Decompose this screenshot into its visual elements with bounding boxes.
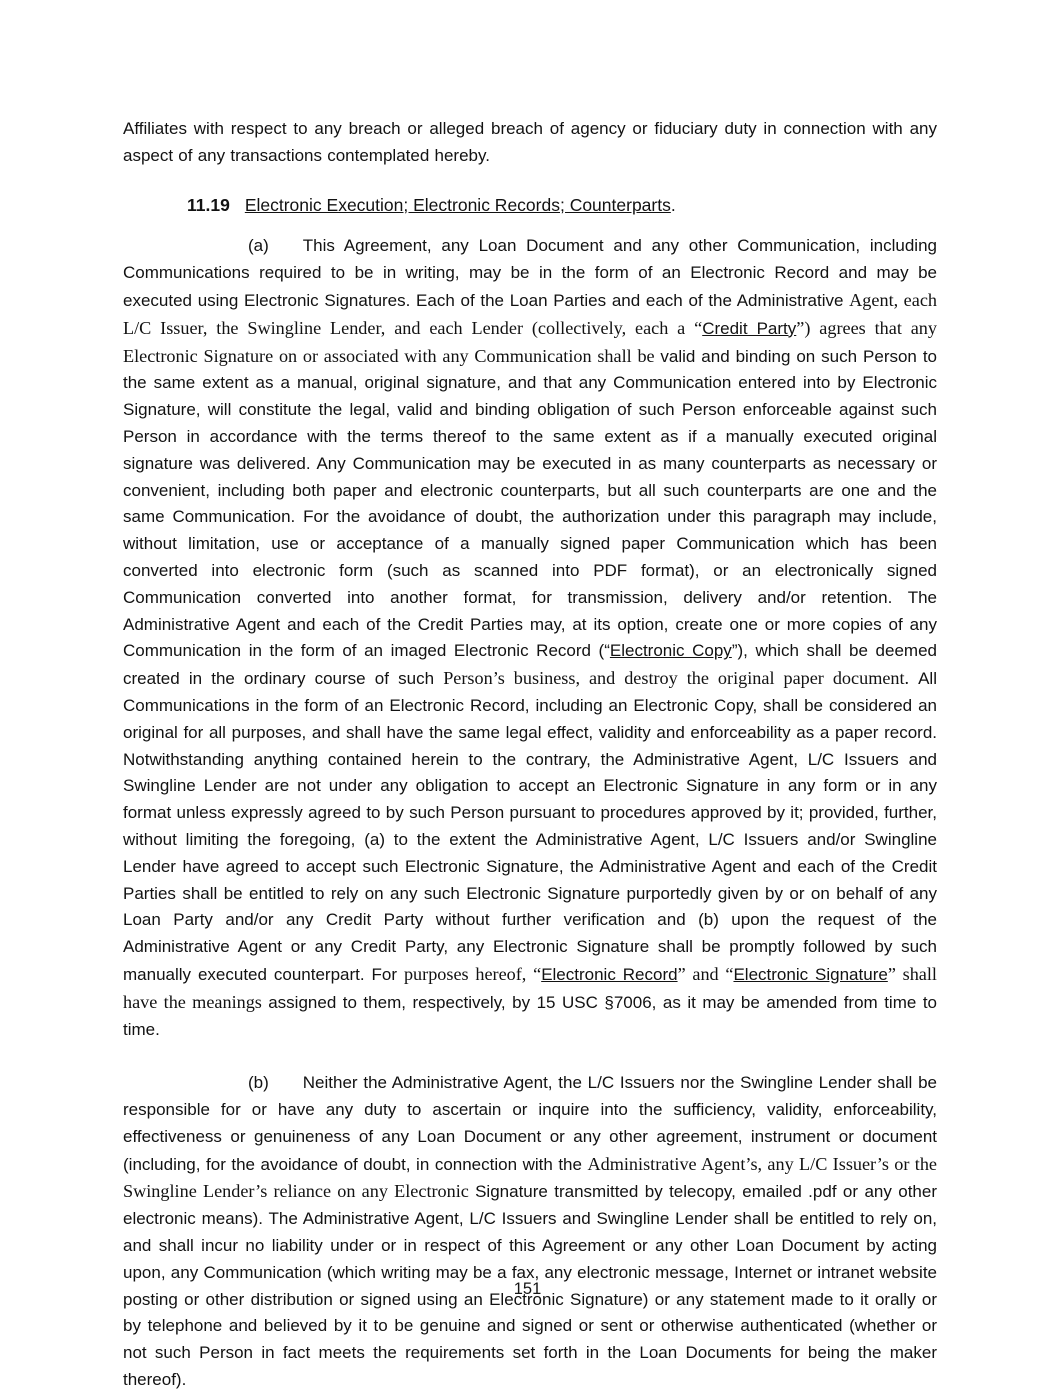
text-run: Credit Party [702,319,796,338]
paragraph-text: This Agreement, any Loan Document and an… [123,236,937,1038]
text-run: This Agreement, any Loan Document and an… [123,236,937,310]
text-run: Electronic Record [541,965,677,984]
section-heading: 11.19Electronic Execution; Electronic Re… [123,192,937,219]
text-run: Electronic Copy [610,641,732,660]
section-title-period: . [671,195,676,215]
section-number: 11.19 [187,195,230,215]
paragraph-b: (b)Neither the Administrative Agent, the… [123,1070,937,1394]
paragraph-label: (b) [248,1073,269,1092]
text-run: Electronic Signature [733,965,887,984]
paragraph-a: (a)This Agreement, any Loan Document and… [123,233,937,1043]
text-run: purposes hereof, “ [404,964,541,984]
text-run: valid and binding on such Person to the … [123,347,937,661]
text-run: All Communications in the form of an Ele… [123,669,937,984]
page-number: 151 [0,1280,1055,1299]
section-title: Electronic Execution; Electronic Records… [245,195,671,215]
paragraph-label: (a) [248,236,269,255]
text-run: Person’s business, and destroy the origi… [443,668,918,688]
text-run: ” and “ [678,964,734,984]
document-page: Affiliates with respect to any breach or… [0,0,1055,1365]
intro-paragraph: Affiliates with respect to any breach or… [123,116,937,170]
paragraph-text: Neither the Administrative Agent, the L/… [123,1073,937,1389]
